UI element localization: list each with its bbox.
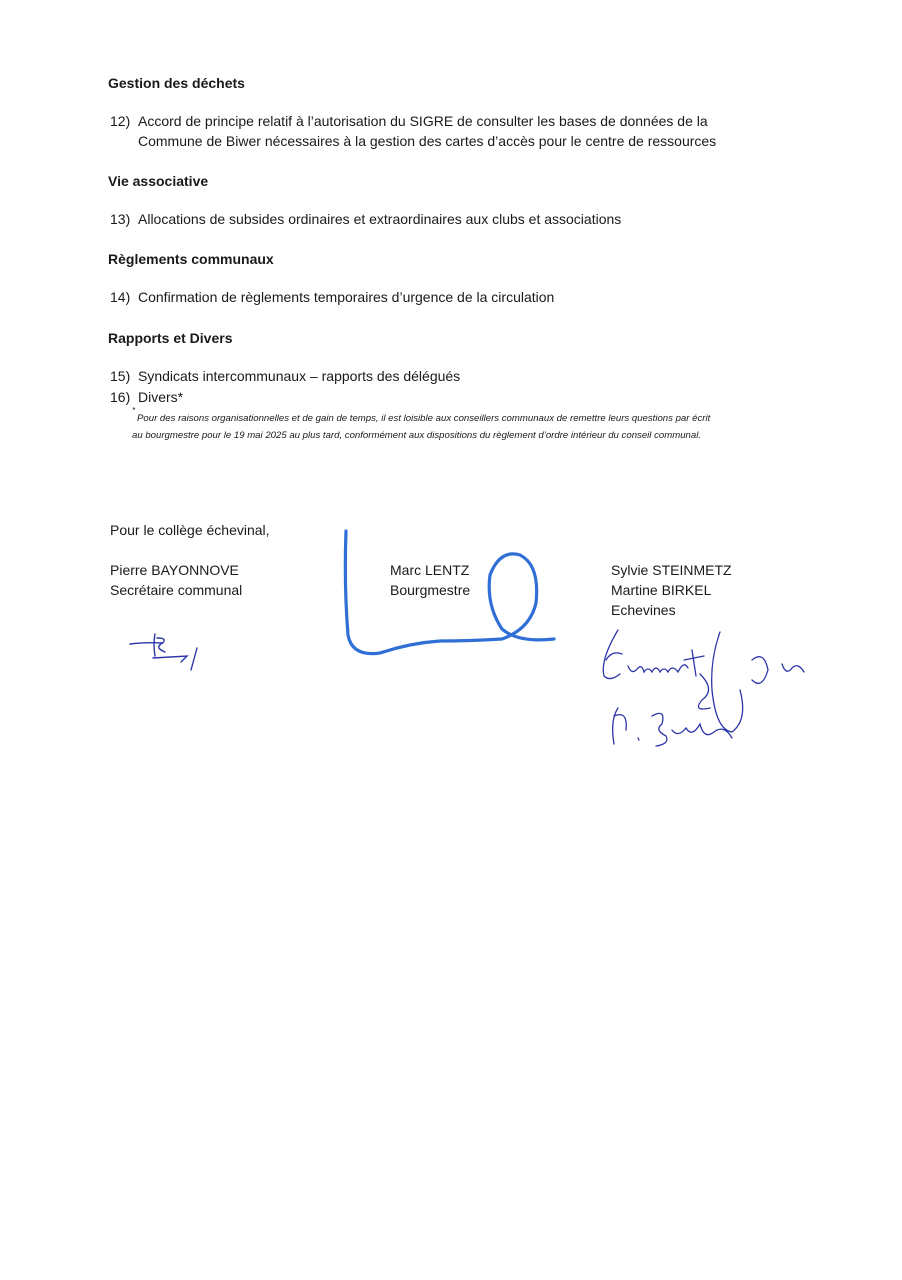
secretary-signature-icon	[125, 630, 235, 680]
item-number-16: 16)	[110, 389, 130, 405]
alderman-name-1: Sylvie STEINMETZ	[611, 560, 732, 580]
item-15-line-1: Syndicats intercommunaux – rapports des …	[138, 368, 460, 384]
item-number-15: 15)	[110, 368, 130, 384]
footnote-marker: *	[132, 406, 135, 415]
aldermen-role: Echevines	[611, 600, 732, 620]
item-12-line-1: Accord de principe relatif à l’autorisat…	[138, 113, 708, 129]
item-number-12: 12)	[110, 113, 130, 129]
section-heading-reports: Rapports et Divers	[108, 330, 232, 346]
alderman-name-2: Martine BIRKEL	[611, 580, 732, 600]
signatory-secretary: Pierre BAYONNOVE Secrétaire communal	[110, 560, 242, 600]
item-14-line-1: Confirmation de règlements temporaires d…	[138, 289, 554, 305]
item-16-line-1: Divers*	[138, 389, 183, 405]
item-number-14: 14)	[110, 289, 130, 305]
signatory-aldermen: Sylvie STEINMETZ Martine BIRKEL Echevine…	[611, 560, 732, 620]
mayor-signature-icon	[340, 525, 560, 665]
footnote-line-2: au bourgmestre pour le 19 mai 2025 au pl…	[132, 430, 701, 441]
secretary-name: Pierre BAYONNOVE	[110, 560, 242, 580]
item-13-line-1: Allocations de subsides ordinaires et ex…	[138, 211, 621, 227]
item-12-line-2: Commune de Biwer nécessaires à la gestio…	[138, 133, 716, 149]
section-heading-waste: Gestion des déchets	[108, 75, 245, 91]
section-heading-regulations: Règlements communaux	[108, 251, 274, 267]
signature-intro: Pour le collège échevinal,	[110, 520, 270, 540]
item-number-13: 13)	[110, 211, 130, 227]
aldermen-signature-icon	[592, 620, 822, 765]
section-heading-associations: Vie associative	[108, 173, 208, 189]
secretary-role: Secrétaire communal	[110, 580, 242, 600]
footnote-line-1: Pour des raisons organisationnelles et d…	[137, 413, 710, 424]
